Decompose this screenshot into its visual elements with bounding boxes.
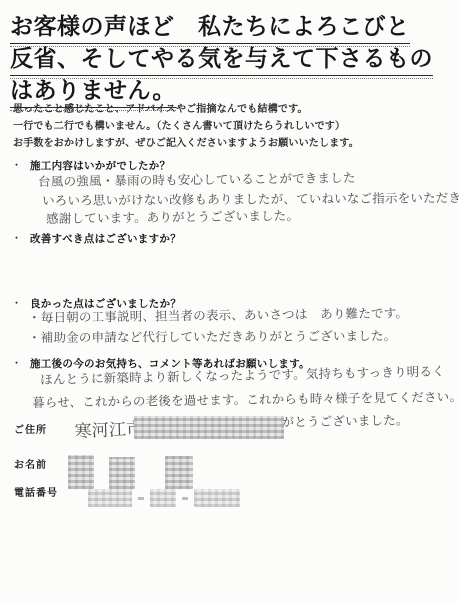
survey-scan-page: お客様の声ほど 私たちによろこびと 反省、そしてやる気を与えて下さるもの はあり… [0,0,459,602]
phone-dash [138,497,144,500]
redacted-name-block [68,455,94,489]
handwritten-answer: ・補助金の申請など代行していただきありがとうございました。 [28,326,396,346]
bullet-icon: ・ [10,231,30,244]
redacted-phone-block [194,489,240,507]
survey-title-line-1: お客様の声ほど 私たちによろこびと [10,8,410,44]
redacted-name-block [109,457,135,489]
phone-label: 電話番号 [14,484,58,499]
handwritten-answer: 台風の強風・暴雨の時も安心していることができました [38,168,356,190]
redacted-address-block [134,416,284,439]
redacted-name-block [165,456,193,489]
name-label: お名前 [14,456,47,471]
survey-title-line-2: 反省、そしてやる気を与えて下さるもの [10,40,433,76]
question-label: 改善すべき点はございますか？ [30,233,181,245]
redacted-phone-block [150,489,176,507]
bullet-icon: ・ [10,356,30,369]
handwritten-answer: ・毎日朝の工事説明、担当者の表示、あいさつは あり難たです。 [28,303,408,326]
phone-dash [182,497,188,500]
intro-line: 思ったこと感じたこと、アドバイスやご指摘なんでも結構です。 [13,100,308,115]
question-improvements: ・改善すべき点はございますか？ [10,231,181,246]
redacted-phone-block [88,489,132,507]
intro-line: お手数をおかけしますが、ぜひご記入くださいますようお願いいたします。 [13,134,359,149]
handwritten-answer: 暮らせ、これからの老後を過せます。これからも時々様子を見てください。 [32,387,459,411]
handwritten-answer: 感謝しています。ありがとうございました。 [46,206,299,227]
bullet-icon: ・ [10,158,30,171]
intro-line: 一行でも二行でも構いません。（たくさん書いて頂けたらうれしいです） [13,117,345,132]
address-label: ご住所 [14,421,47,436]
